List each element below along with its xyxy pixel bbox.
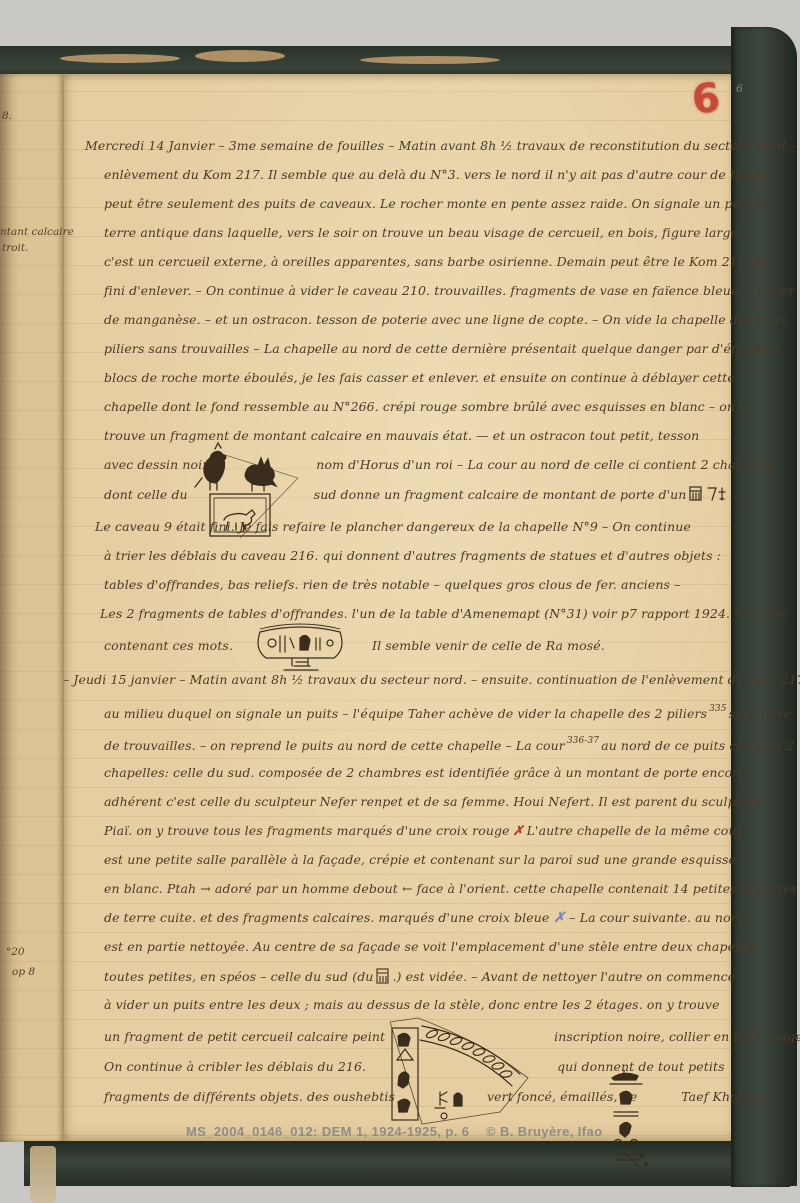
- coffin-fragment-sketch: [382, 1016, 532, 1128]
- line-text: toutes petites, en spéos – celle du sud …: [104, 969, 373, 984]
- line-text: .: [732, 487, 736, 502]
- line-text: contenant ces mots.: [104, 638, 233, 653]
- binding-frayed-edge: [30, 1146, 56, 1203]
- journal-line: c'est un cercueil externe, à oreilles ap…: [104, 254, 778, 269]
- notebook-cover-bottom-edge: [24, 1141, 797, 1186]
- journal-line: chapelle dont le fond ressemble au N°266…: [104, 399, 746, 414]
- line-text: au milieu duquel on signale un puits – l…: [104, 706, 707, 721]
- marginal-number: 336-37: [567, 736, 599, 746]
- journal-line: Piaï. on y trouve tous les fragments mar…: [104, 823, 743, 839]
- journal-line: enlèvement du Kom 217. Il semble que au …: [104, 167, 770, 182]
- journal-line: peut être seulement des puits de caveaux…: [104, 196, 768, 211]
- journal-line: de terre cuite. et des fragments calcair…: [104, 910, 745, 926]
- journal-line: Mercredi 14 Janvier – 3me semaine de fou…: [85, 138, 800, 153]
- journal-line: en blanc. Ptah → adoré par un homme debo…: [104, 881, 797, 896]
- journal-line: tables d'offrandes, bas reliefs. rien de…: [104, 577, 680, 592]
- facing-page-fragment: op 8: [12, 966, 35, 978]
- facing-page-fragment: 8.: [2, 110, 12, 122]
- line-text: nom d'Horus d'un roi – La cour au nord d…: [316, 457, 777, 472]
- journal-line: de trouvailles. – on reprend le puits au…: [104, 736, 794, 753]
- line-text: sans faire: [729, 706, 792, 721]
- journal-line: adhérent c'est celle du sculpteur Nefer …: [104, 794, 763, 809]
- pencil-page-number: 6: [736, 82, 743, 95]
- cover-wear-patch: [60, 54, 180, 63]
- journal-line: à vider un puits entre les deux ; mais a…: [104, 997, 720, 1012]
- cover-wear-patch: [360, 56, 500, 64]
- hieroglyph-column-sketch: [606, 1068, 654, 1168]
- line-text: Il semble venir de celle de Ra mosé.: [372, 638, 605, 653]
- journal-line: trouve un fragment de montant calcaire e…: [104, 428, 699, 443]
- line-text: – La cour suivante. au nord: [569, 910, 745, 925]
- journal-line: à trier les déblais du caveau 216. qui d…: [104, 548, 721, 563]
- journal-line: au milieu duquel on signale un puits – l…: [104, 704, 791, 721]
- facing-page-fragment: °20: [6, 946, 25, 958]
- journal-line: fini d'enlever. – On continue à vider le…: [104, 283, 795, 298]
- marginal-number: 335: [709, 704, 726, 714]
- line-text: de trouvailles. – on reprend le puits au…: [104, 738, 565, 753]
- line-text: au nord de ce puits contient 2: [601, 738, 794, 753]
- journal-line: est en partie nettoyée. Au centre de sa …: [104, 939, 757, 954]
- journal-line: blocs de roche morte éboulés, je les fai…: [104, 370, 735, 385]
- line-text: de terre cuite. et des fragments calcair…: [104, 910, 549, 925]
- copyright-caption: © B. Bruyère, Ifao: [486, 1124, 602, 1139]
- blue-cross-mark: ✗: [553, 910, 565, 926]
- line-text: un fragment de petit cercueil calcaire p…: [104, 1029, 385, 1044]
- cover-wear-patch: [195, 50, 285, 62]
- journal-line: piliers sans trouvailles – La chapelle a…: [104, 341, 779, 356]
- line-text: fragments de différents objets. des oush…: [104, 1089, 395, 1104]
- journal-line: Le caveau 9 était fini. Je fais refaire …: [95, 519, 691, 534]
- line-text: inscription noire, collier en trait roug…: [554, 1029, 800, 1044]
- journal-line: terre antique dans laquelle, vers le soi…: [104, 225, 738, 240]
- line-text: On continue à cribler les déblais du 216…: [104, 1059, 366, 1074]
- journal-line: contenant ces mots.Il semble venir de ce…: [104, 638, 605, 653]
- journal-line: – Jeudi 15 janvier – Matin avant 8h ½ tr…: [63, 672, 800, 687]
- journal-line: toutes petites, en spéos – celle du sud …: [104, 968, 735, 984]
- red-crayon-page-number: 6: [690, 75, 722, 123]
- journal-line: de manganèse. – et un ostracon. tesson d…: [104, 312, 787, 327]
- facing-page-fragment: troit.: [2, 242, 28, 254]
- line-text: sud donne un fragment calcaire de montan…: [314, 487, 687, 502]
- line-text: Piaï. on y trouve tous les fragments mar…: [104, 823, 510, 838]
- line-text: Taef Khonsou.: [681, 1089, 772, 1104]
- manuscript-id-caption: MS_2004_0146_012: DEM 1, 1924-1925, p. 6: [186, 1124, 469, 1139]
- journal-line: chapelles: celle du sud. composée de 2 c…: [104, 765, 746, 780]
- red-cross-mark: ✗: [513, 824, 524, 839]
- facing-page-fragment: ntant calcaire: [0, 226, 74, 238]
- line-text: .) est vidée. – Avant de nettoyer l'autr…: [392, 969, 735, 984]
- serekh-glyph-icon: [376, 968, 389, 984]
- offering-table-sketch: [250, 616, 350, 674]
- door-jamb-hieroglyphs-icon: [689, 486, 729, 502]
- line-text: L'autre chapelle de la même cour: [527, 823, 743, 838]
- horus-serekh-sketch: [188, 442, 303, 542]
- journal-line: Les 2 fragments de tables d'offrandes. l…: [100, 606, 787, 621]
- line-text: dont celle du: [104, 487, 188, 502]
- journal-line: est une petite salle parallèle à la faça…: [104, 852, 736, 867]
